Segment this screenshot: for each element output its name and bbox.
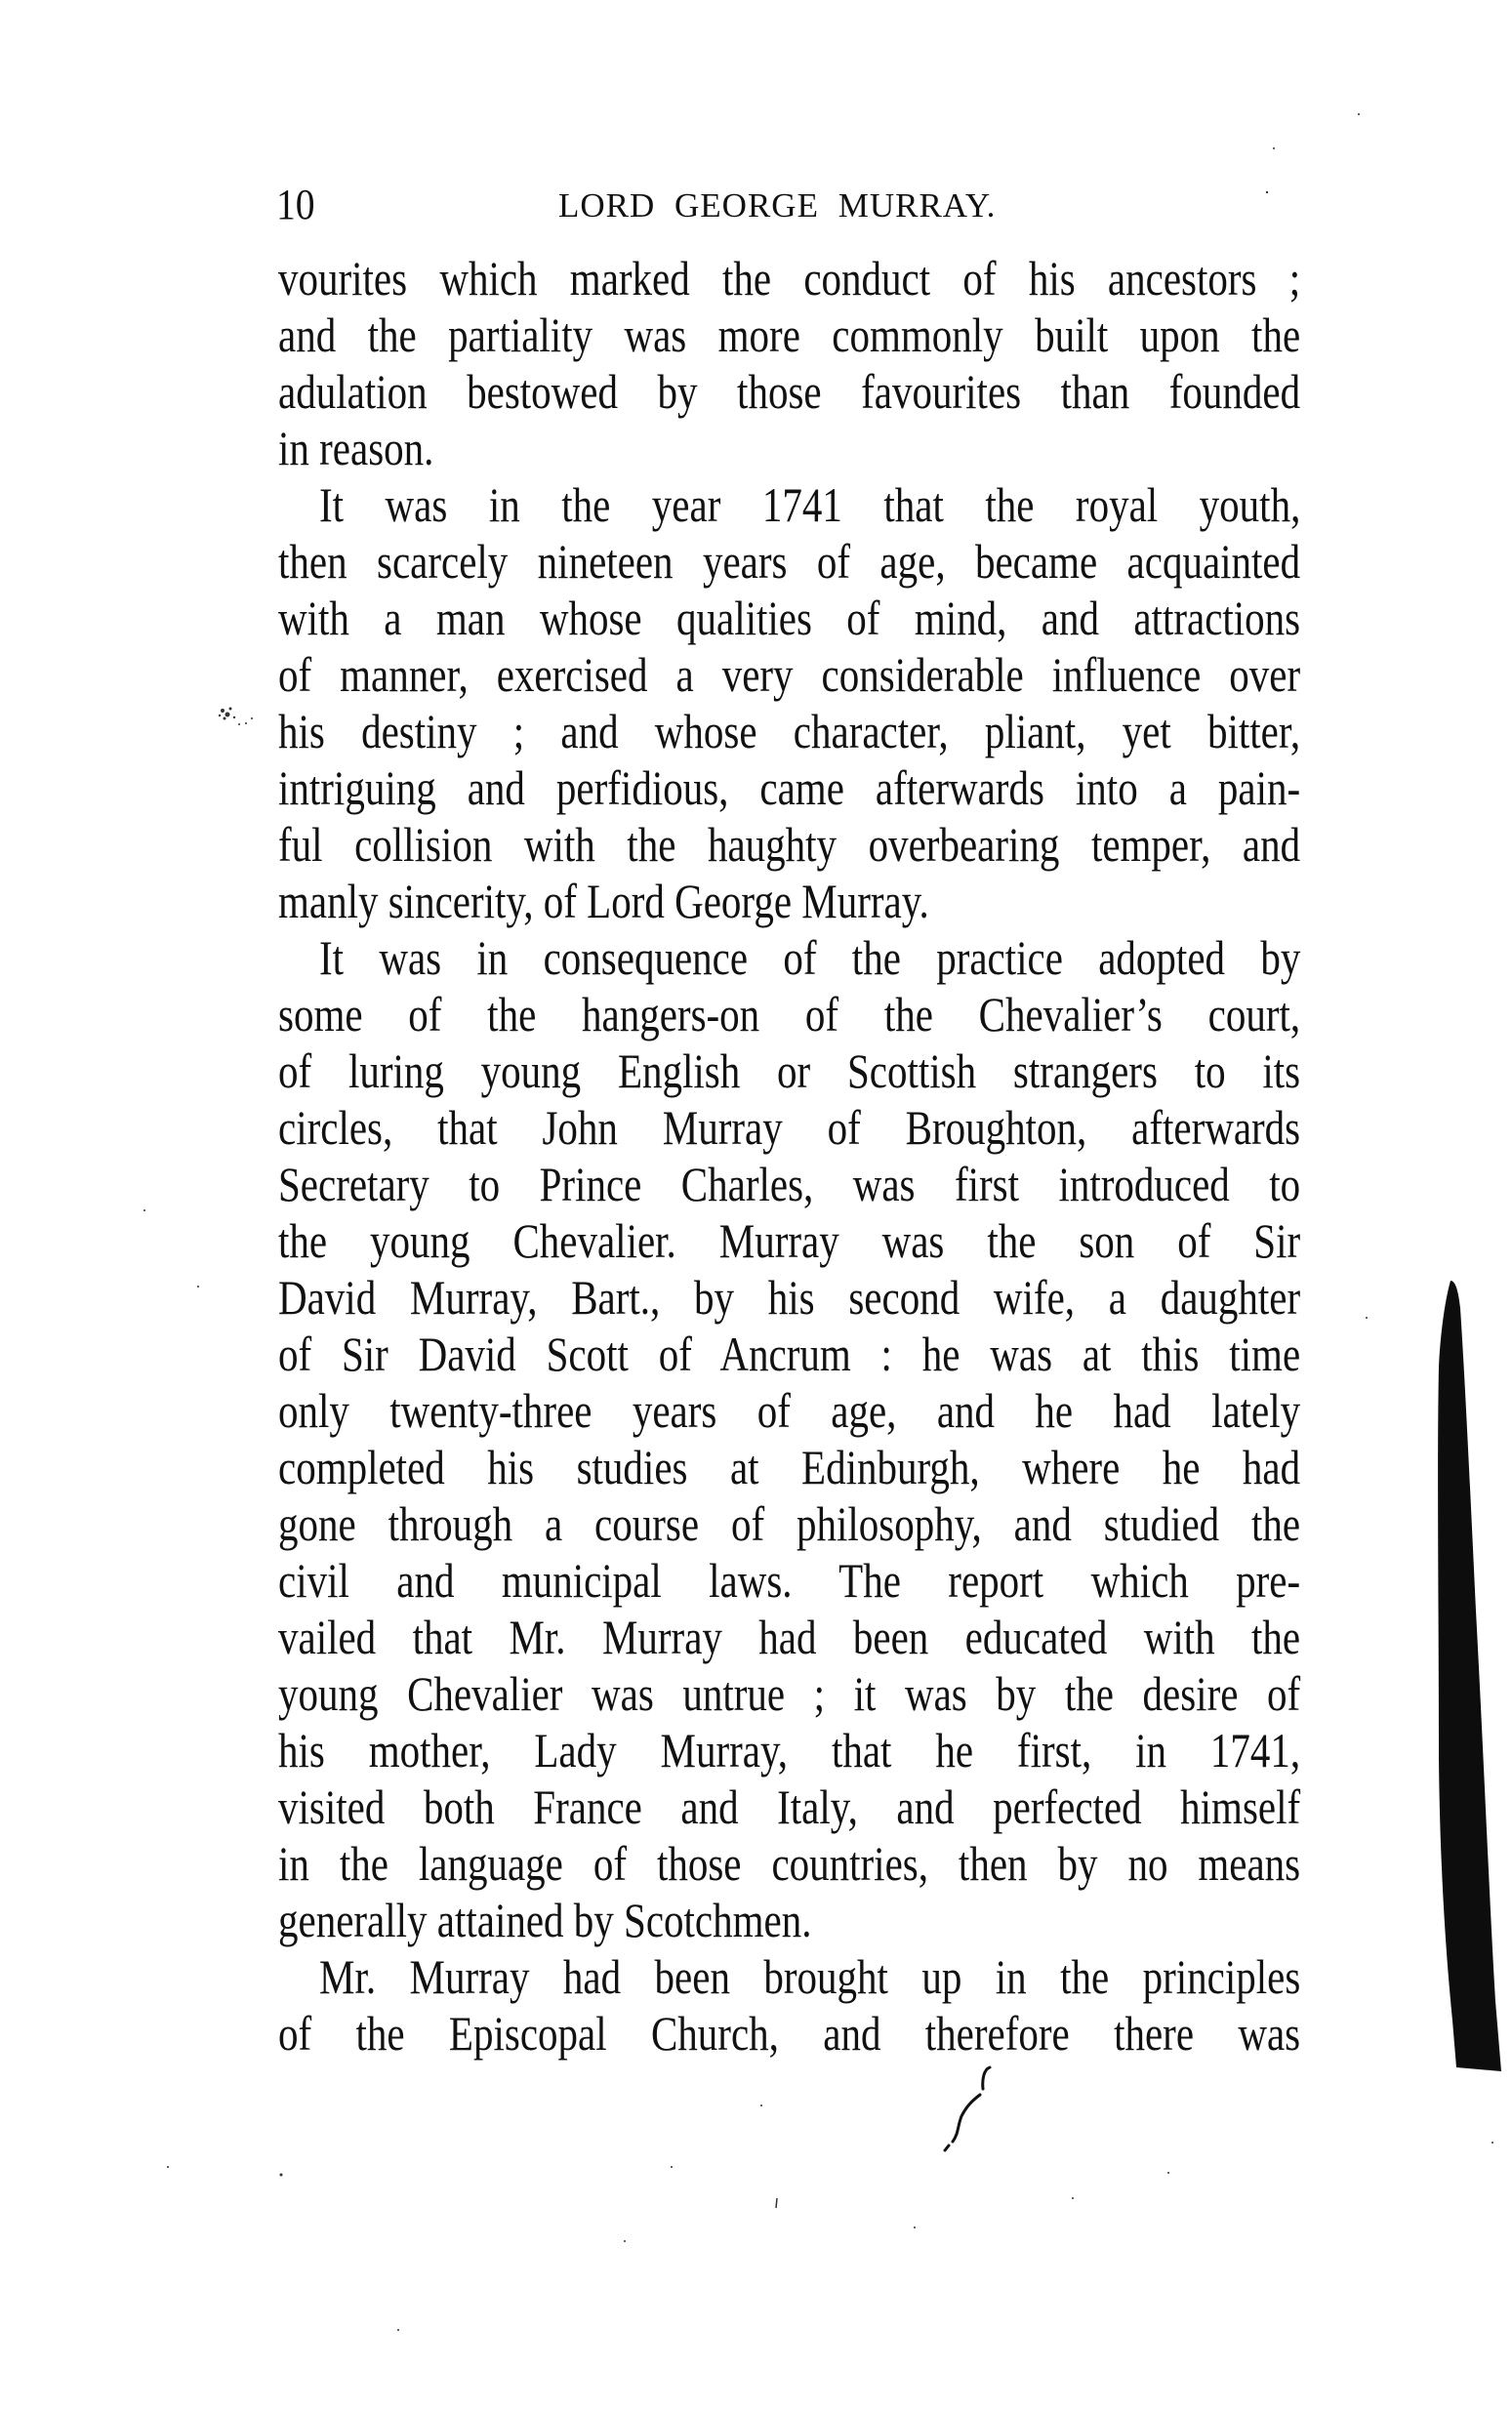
body-text: vourites which marked the conduct of his… (278, 0, 1300, 2411)
text-line: Secretary to Prince Charles, was first i… (278, 1156, 1300, 1212)
text-line: circles, that John Murray of Broughton, … (278, 1099, 1300, 1156)
text-line: completed his studies at Edinburgh, wher… (278, 1439, 1300, 1495)
text-line: his mother, Lady Murray, that he first, … (278, 1722, 1300, 1778)
text-line: and the partiality was more commonly bui… (278, 306, 1300, 363)
text-line: then scarcely nineteen years of age, bec… (278, 533, 1300, 590)
book-page: 10 LORD GEORGE MURRAY. vourites which ma… (0, 0, 1512, 2411)
text-line: young Chevalier was untrue ; it was by t… (278, 1665, 1300, 1722)
text-line: civil and municipal laws. The report whi… (278, 1552, 1300, 1609)
page-edge-shadow (1438, 1281, 1501, 2071)
text-line: vailed that Mr. Murray had been educated… (278, 1609, 1300, 1665)
text-line: his destiny ; and whose character, plian… (278, 703, 1300, 759)
text-line: manly sincerity, of Lord George Murray. (278, 873, 1300, 929)
text-line: visited both France and Italy, and perfe… (278, 1778, 1300, 1835)
text-line: adulation bestowed by those favourites t… (278, 363, 1300, 420)
text-line: some of the hangers-on of the Chevalier’… (278, 986, 1300, 1042)
text-line: generally attained by Scotchmen. (278, 1892, 1300, 1948)
text-line: the young Chevalier. Murray was the son … (278, 1212, 1300, 1269)
text-line: David Murray, Bart., by his second wife,… (278, 1269, 1300, 1326)
text-line: with a man whose qualities of mind, and … (278, 590, 1300, 646)
text-line: of the Episcopal Church, and therefore t… (278, 2005, 1300, 2062)
text-line: of Sir David Scott of Ancrum : he was at… (278, 1326, 1300, 1382)
text-line: intriguing and perfidious, came afterwar… (278, 759, 1300, 816)
text-line: of luring young English or Scottish stra… (278, 1042, 1300, 1099)
text-line: vourites which marked the conduct of his… (278, 250, 1300, 306)
paragraph-first-line: It was in the year 1741 that the royal y… (319, 476, 1300, 533)
paragraph-first-line: Mr. Murray had been brought up in the pr… (319, 1948, 1300, 2005)
text-line: in the language of those countries, then… (278, 1835, 1300, 1892)
text-line: ful collision with the haughty overbeari… (278, 816, 1300, 873)
text-line: in reason. (278, 420, 1300, 476)
text-line: only twenty-three years of age, and he h… (278, 1382, 1300, 1439)
text-line: of manner, exercised a very considerable… (278, 646, 1300, 703)
paragraph-first-line: It was in consequence of the practice ad… (319, 929, 1300, 986)
ink-smudge (219, 708, 253, 726)
text-line: gone through a course of philosophy, and… (278, 1495, 1300, 1552)
